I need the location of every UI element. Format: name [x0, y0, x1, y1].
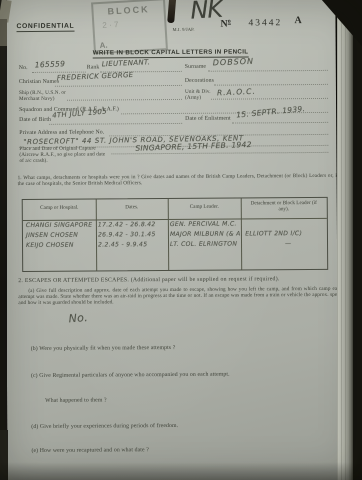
- pencil-note: NK: [190, 0, 223, 25]
- surname-value: DOBSON: [213, 57, 255, 68]
- unit-rule: [211, 98, 328, 100]
- question-1-text: 1. What camps, detachments or hospitals …: [18, 174, 340, 188]
- unit-value: R.A.O.C.: [217, 87, 256, 98]
- table-row-camp: KEIJO CHOSEN: [26, 242, 74, 249]
- camps-table: Camp or Hospital. Dates. Camp Leader. De…: [22, 197, 329, 272]
- ref-suffix-letter: A: [294, 18, 301, 25]
- christian-rule: [55, 85, 182, 87]
- table-row-detachment: —: [285, 240, 291, 247]
- ref-no-mark: No: [220, 19, 231, 29]
- table-row-dates: 17.2.42 - 26.8.42: [98, 221, 156, 228]
- stamp-top-text: BLOCK: [93, 3, 163, 17]
- dob-rule: [49, 123, 182, 125]
- photo-right-edge: [353, 0, 362, 480]
- enlistment-label: Date of Enlistment: [185, 116, 231, 123]
- ref-serial-number: 43442: [248, 20, 282, 27]
- stamp-mid-text: 2 · 7: [102, 20, 119, 30]
- table-row-leader: MAJOR MILBURN (& A. ELLIOTT 2ND I/C): [170, 230, 302, 238]
- question-2a-text: (a) Give full description and approx. da…: [18, 287, 342, 307]
- address-label: Private Address and Telephone No.: [19, 129, 104, 136]
- ref-form-code: M.I. 9/JAP.: [173, 27, 195, 34]
- ship-rule: [67, 99, 182, 101]
- question-2c-followup: What happened to them ?: [45, 396, 325, 405]
- underlying-page-edge: [0, 19, 7, 46]
- dob-label: Date of Birth: [19, 117, 51, 124]
- table-header-detachment: Detachment or Block Leader (if any).: [245, 201, 323, 213]
- block-rubber-stamp: BLOCK 2 · 7 A.: [91, 0, 168, 54]
- table-header-dates: Dates.: [98, 205, 166, 211]
- decorations-rule: [214, 84, 328, 86]
- question-2-heading: 2. ESCAPES OR ATTEMPTED ESCAPES. (Additi…: [18, 276, 340, 285]
- capture-rule: [111, 152, 328, 155]
- photographed-form: CONFIDENTIAL BLOCK 2 · 7 A. NK M.I. 9/JA…: [0, 0, 362, 480]
- ref-no-sup: o: [228, 19, 231, 25]
- classification-label: CONFIDENTIAL: [16, 23, 74, 32]
- decorations-label: Decorations: [185, 78, 214, 85]
- page-stack-edge: [337, 0, 353, 480]
- table-header-leader: Camp Leader.: [170, 205, 239, 211]
- table-row-dates: 26.9.42 - 30.1.45: [98, 231, 156, 238]
- table-row-camp: CHANGI SINGAPORE: [26, 222, 93, 229]
- table-row-leader: GEN. PERCIVAL M.C.: [170, 221, 237, 228]
- capture-label: Place and Date of Original Capture (Airc…: [19, 146, 107, 164]
- no-label: No.: [19, 65, 28, 72]
- table-row-dates: 2.2.45 - 9.9.45: [98, 241, 147, 248]
- table-row-camp: JINSEN CHOSEN: [26, 232, 78, 239]
- christian-names-label: Christian Names: [19, 79, 59, 86]
- question-2c-text: (c) Give Regimental particulars of anyon…: [31, 371, 331, 380]
- question-2a-answer: No.: [68, 311, 88, 325]
- question-2b-text: (b) Were you physically fit when you mad…: [31, 344, 331, 353]
- question-2e-text: (e) How were you recaptured and on what …: [31, 446, 331, 455]
- photo-left-edge: [0, 0, 7, 480]
- unit-label: Unit & Div. (Army): [185, 90, 215, 102]
- question-2d-text: (d) Give briefly your experiences during…: [31, 422, 331, 431]
- form-paper: CONFIDENTIAL BLOCK 2 · 7 A. NK M.I. 9/JA…: [4, 0, 338, 480]
- rank-value: LIEUTENANT.: [102, 58, 151, 68]
- table-row-leader: LT. COL. ELRINGTON: [170, 241, 237, 248]
- surname-rule: [208, 70, 328, 72]
- photo-bottom-shadow: [0, 462, 362, 480]
- ship-label: Ship (R.N., U.S.N. or Merchant Navy): [19, 91, 81, 103]
- rank-label: Rank: [87, 64, 100, 71]
- no-value: 165559: [35, 59, 66, 69]
- enlistment-value: 15. SEPTR. 1939.: [236, 104, 306, 119]
- enlistment-rule: [232, 122, 328, 124]
- surname-label: Surname: [185, 64, 206, 71]
- table-header-camp: Camp or Hospital.: [25, 206, 94, 212]
- paper-fastener: [167, 0, 176, 23]
